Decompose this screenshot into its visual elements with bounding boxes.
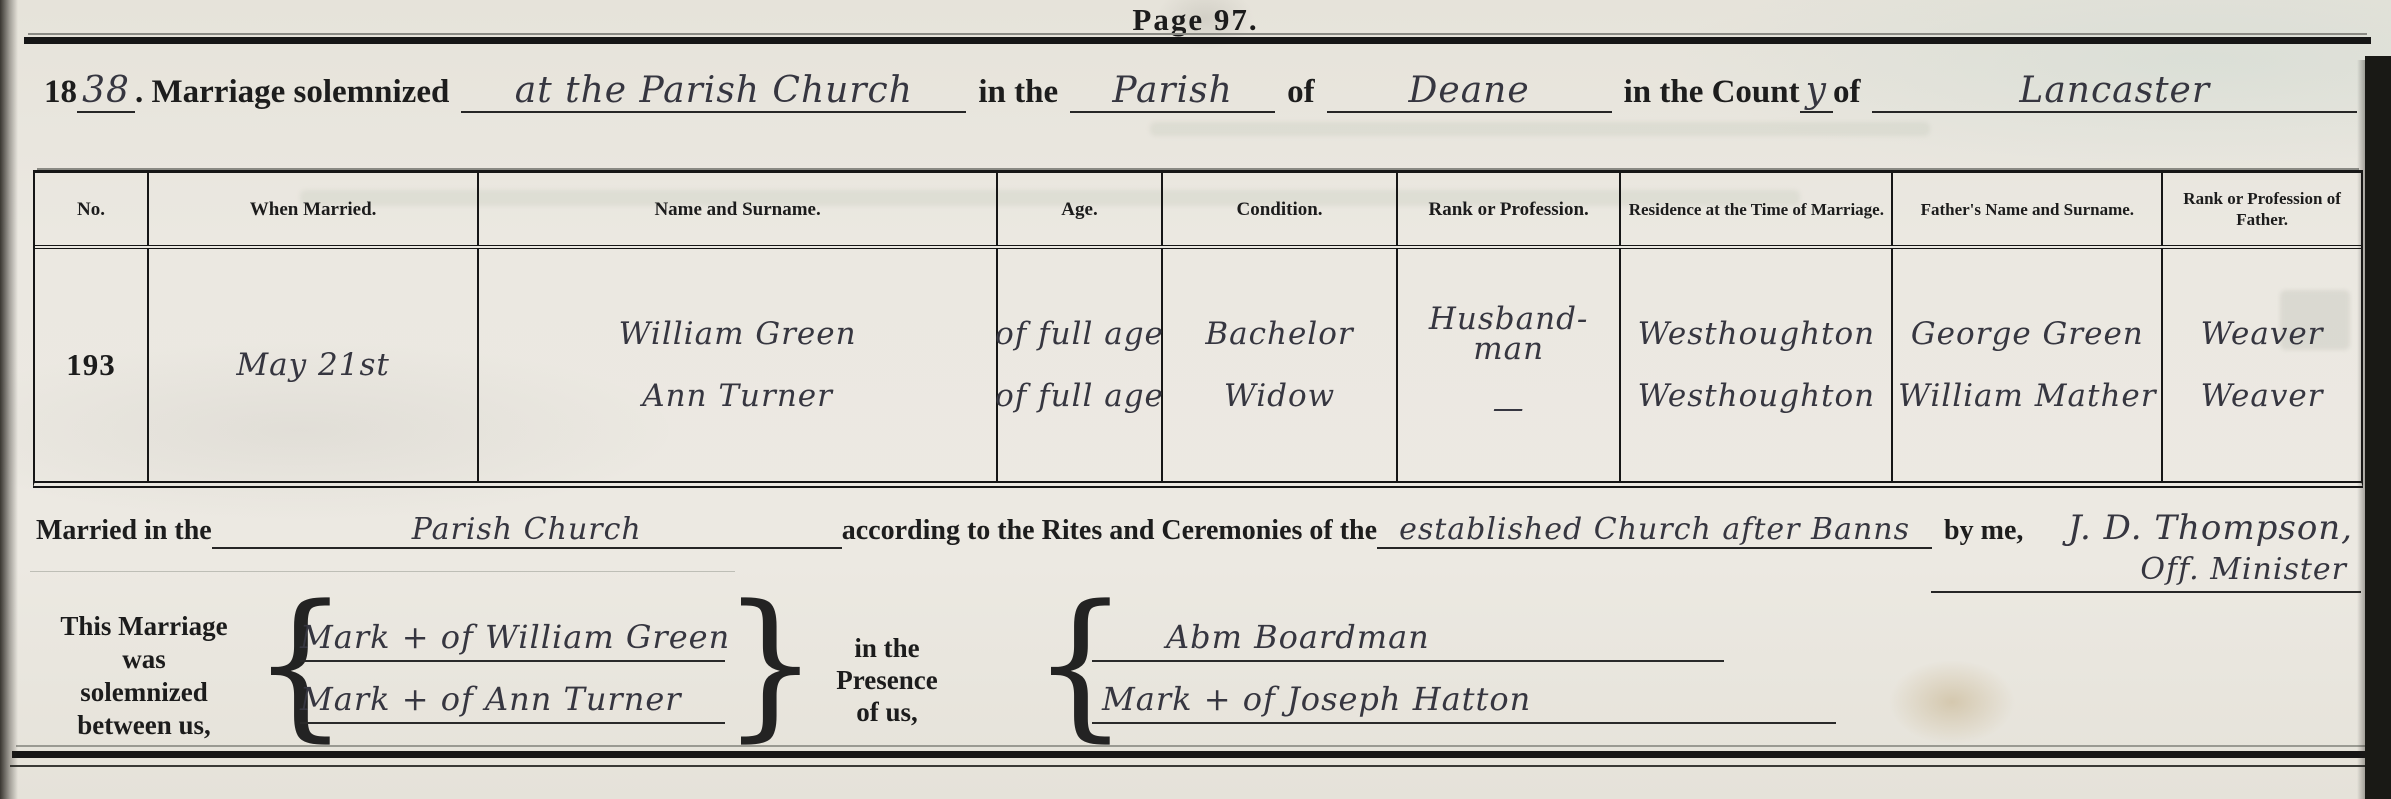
presence-label-line: in the (792, 632, 982, 664)
by-me-label: by me, (1944, 515, 2023, 547)
groom-profession-line1: Husband- (1429, 304, 1589, 334)
couple-signatures: Mark + of William Green Mark + of Ann Tu… (300, 606, 725, 724)
minister-signature: J. D. Thompson, (2023, 508, 2361, 548)
of-label-2: of (1833, 74, 1861, 111)
groom-father-profession: Weaver (2201, 316, 2324, 352)
witness-signatures: Abm Boardman Mark + of Joseph Hatton (1092, 606, 1852, 724)
groom-mark-signature: Mark + of William Green (300, 606, 725, 662)
of-label: of (1287, 74, 1315, 111)
rites-handwritten: established Church after Banns (1377, 512, 1932, 549)
rites-label: according to the Rites and Ceremonies of… (842, 515, 1377, 547)
page-edge-border (2365, 56, 2391, 799)
groom-profession-line2: man (1429, 334, 1589, 364)
attestation-label-line: solemnized (28, 676, 260, 709)
ceremony-church-handwritten: Parish Church (212, 512, 842, 549)
attestation-label-line: was (28, 643, 260, 676)
header-line: 18 38 . Marriage solemnized at the Paris… (44, 70, 2357, 113)
bottom-rule-thin (10, 765, 2381, 767)
solemnized-label: . Marriage solemnized (135, 74, 449, 111)
bride-condition: Widow (1224, 378, 1335, 414)
year-handwritten: 38 (77, 70, 135, 113)
church-handwritten: at the Parish Church (461, 70, 966, 113)
bride-mark-signature: Mark + of Ann Turner (300, 668, 725, 724)
presence-label-line: of us, (792, 696, 982, 728)
county-y-handwritten: y (1800, 70, 1833, 113)
presence-label-line: Presence (792, 664, 982, 696)
attestation-label-line: between us, (28, 709, 260, 742)
bride-profession: — (1493, 390, 1525, 426)
marriage-register-table: No. When Married. Name and Surname. Age.… (33, 170, 2363, 488)
year-prefix: 18 (44, 74, 77, 111)
parish-handwritten: Parish (1070, 70, 1275, 113)
presence-label: in the Presence of us, (792, 632, 982, 728)
witness-2-signature: Mark + of Joseph Hatton (1092, 668, 1836, 724)
bride-father-name: William Mather (1898, 378, 2157, 414)
attestation-label-line: This Marriage (28, 610, 260, 643)
table-header-row: No. When Married. Name and Surname. Age.… (35, 173, 2361, 249)
page-gutter-shadow (0, 0, 18, 799)
witness-1-signature: Abm Boardman (1092, 606, 1724, 662)
col-header-father-name: Father's Name and Surname. (1893, 173, 2163, 245)
bottom-rule-gray (16, 745, 2375, 747)
minister-title: Off. Minister (1931, 552, 2361, 593)
bottom-rule-thick (12, 751, 2379, 758)
table-row: 193 May 21st William Green Ann Turner of… (35, 249, 2361, 481)
col-header-name-surname: Name and Surname. (479, 173, 998, 245)
parish-name-handwritten: Deane (1327, 70, 1612, 113)
top-rule-thin (28, 33, 2367, 35)
groom-condition: Bachelor (1205, 316, 1353, 352)
col-header-father-profession: Rank or Profession of Father. (2163, 173, 2361, 245)
faint-rule (30, 571, 735, 572)
col-header-condition: Condition. (1163, 173, 1398, 245)
ink-bleed-smudge (1150, 122, 1930, 136)
bride-age: of full age (995, 378, 1164, 414)
county-handwritten: Lancaster (1872, 70, 2357, 113)
when-married-value: May 21st (236, 347, 389, 383)
bride-father-profession: Weaver (2201, 378, 2324, 414)
groom-name: William Green (619, 316, 857, 352)
bride-residence: Westhoughton (1638, 378, 1876, 414)
top-rule-thick (24, 37, 2371, 44)
in-the-label: in the (978, 74, 1058, 111)
groom-age: of full age (995, 316, 1164, 352)
married-in-label: Married in the (36, 515, 212, 547)
col-header-rank-profession: Rank or Profession. (1398, 173, 1621, 245)
bride-name: Ann Turner (642, 378, 833, 414)
ceremony-line: Married in the Parish Church according t… (36, 508, 2361, 549)
groom-father-name: George Green (1911, 316, 2144, 352)
register-page: Page 97. 18 38 . Marriage solemnized at … (0, 0, 2391, 799)
col-header-age: Age. (998, 173, 1163, 245)
entry-number: 193 (66, 347, 116, 383)
col-header-no: No. (35, 173, 149, 245)
groom-residence: Westhoughton (1638, 316, 1876, 352)
county-prefix-label: in the Count (1624, 74, 1800, 111)
col-header-residence: Residence at the Time of Marriage. (1621, 173, 1893, 245)
col-header-when-married: When Married. (149, 173, 479, 245)
attestation-label: This Marriage was solemnized between us, (28, 610, 260, 742)
